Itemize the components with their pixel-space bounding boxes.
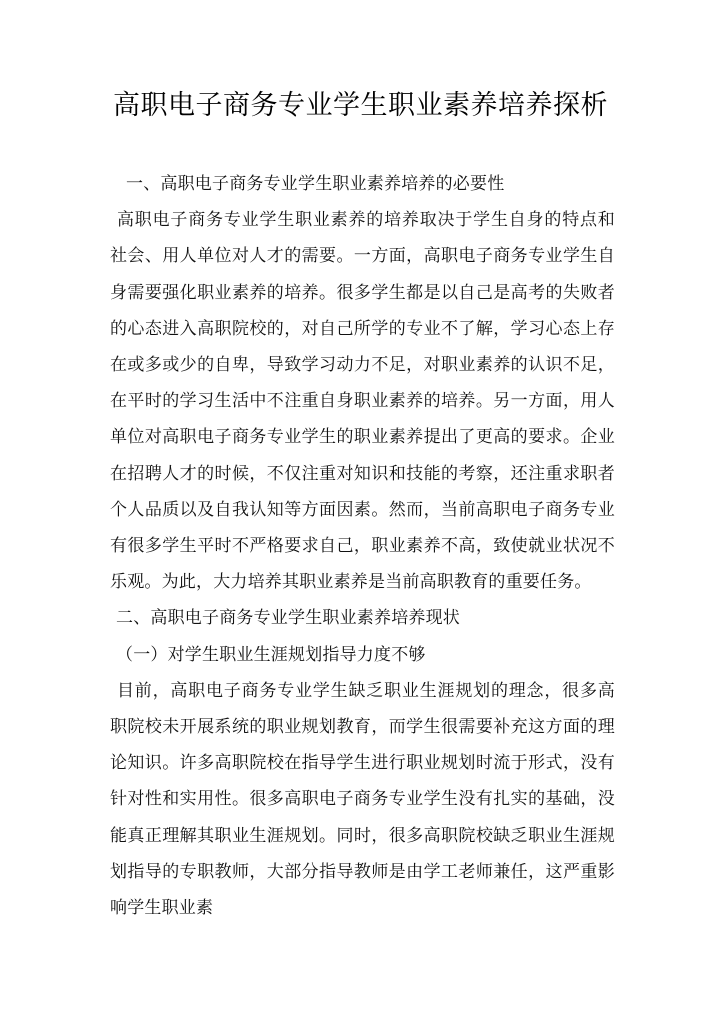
section-heading-2: 二、高职电子商务专业学生职业素养培养现状 — [110, 600, 615, 636]
document-page: 高职电子商务专业学生职业素养培养探析 一、高职电子商务专业学生职业素养培养的必要… — [0, 0, 721, 1020]
section-heading-1: 一、高职电子商务专业学生职业素养培养的必要性 — [110, 166, 615, 202]
paragraph-necessity: 高职电子商务专业学生职业素养的培养取决于学生自身的特点和社会、用人单位对人才的需… — [110, 202, 615, 600]
document-title: 高职电子商务专业学生职业素养培养探析 — [0, 86, 721, 126]
subsection-heading-1: （一）对学生职业生涯规划指导力度不够 — [110, 637, 615, 673]
document-body: 一、高职电子商务专业学生职业素养培养的必要性 高职电子商务专业学生职业素养的培养… — [110, 166, 615, 926]
paragraph-career-planning: 目前，高职电子商务专业学生缺乏职业生涯规划的理念，很多高职院校未开展系统的职业规… — [110, 673, 615, 926]
